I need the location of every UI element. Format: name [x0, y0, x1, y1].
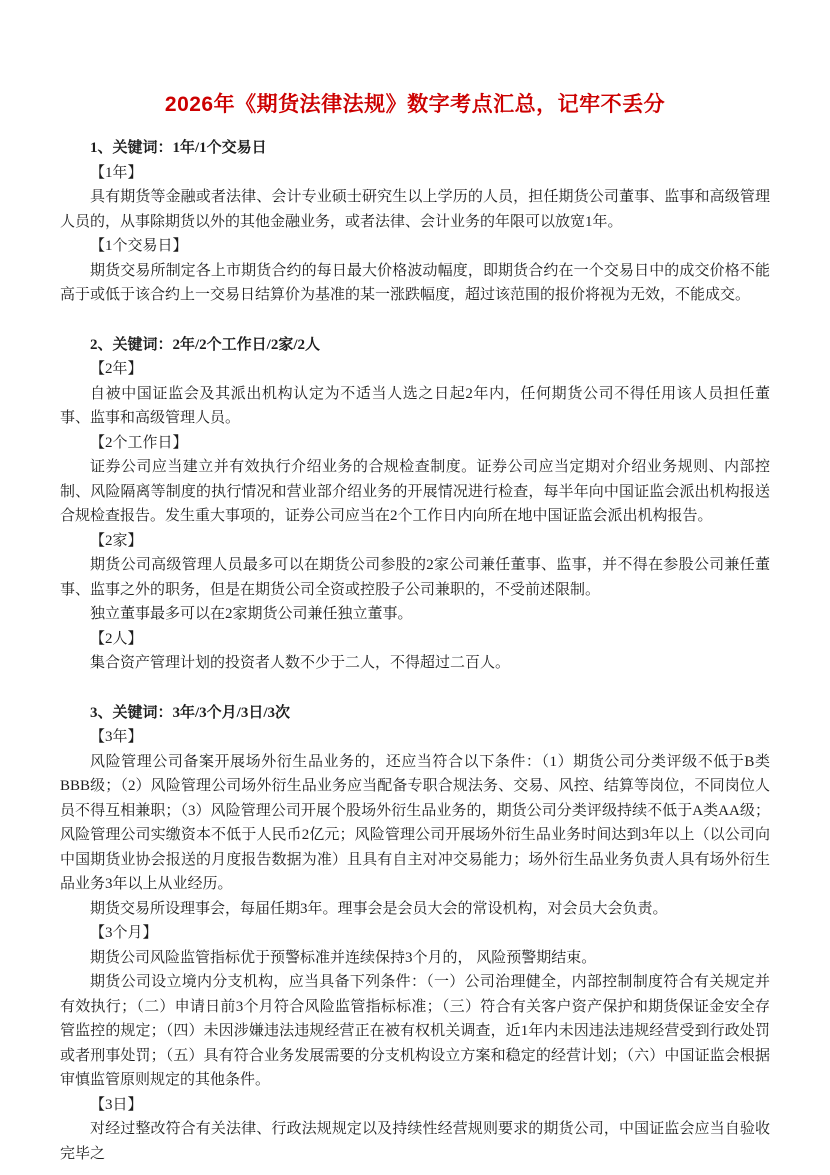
bracket-subheading: 【2家】 [60, 529, 770, 554]
paragraph: 期货交易所制定各上市期货合约的每日最大价格波动幅度，即期货合约在一个交易日中的成… [60, 259, 770, 308]
bracket-subheading: 【1年】 [60, 161, 770, 186]
section-keyword-1: 1、关键词：1年/1个交易日 【1年】 具有期货等金融或者法律、会计专业硕士研究… [60, 136, 770, 308]
paragraph: 自被中国证监会及其派出机构认定为不适当人选之日起2年内，任何期货公司不得任用该人… [60, 382, 770, 431]
document-page: 2026年《期货法律法规》数字考点汇总，记牢不丢分 1、关键词：1年/1个交易日… [0, 0, 830, 1175]
section-heading: 2、关键词：2年/2个工作日/2家/2人 [60, 333, 770, 358]
section-heading: 1、关键词：1年/1个交易日 [60, 136, 770, 161]
section-keyword-2: 2、关键词：2年/2个工作日/2家/2人 【2年】 自被中国证监会及其派出机构认… [60, 333, 770, 676]
bracket-subheading: 【3年】 [60, 725, 770, 750]
document-body: 1、关键词：1年/1个交易日 【1年】 具有期货等金融或者法律、会计专业硕士研究… [60, 136, 770, 1166]
paragraph: 风险管理公司备案开展场外衍生品业务的，还应当符合以下条件：（1）期货公司分类评级… [60, 750, 770, 897]
paragraph: 集合资产管理计划的投资者人数不少于二人，不得超过二百人。 [60, 651, 770, 676]
paragraph: 具有期货等金融或者法律、会计专业硕士研究生以上学历的人员，担任期货公司董事、监事… [60, 185, 770, 234]
bracket-subheading: 【2个工作日】 [60, 431, 770, 456]
paragraph: 期货公司风险监管指标优于预警标准并连续保持3个月的， 风险预警期结束。 [60, 946, 770, 971]
paragraph: 期货公司高级管理人员最多可以在期货公司参股的2家公司兼任董事、监事，并不得在参股… [60, 553, 770, 602]
bracket-subheading: 【3个月】 [60, 921, 770, 946]
section-keyword-3: 3、关键词：3年/3个月/3日/3次 【3年】 风险管理公司备案开展场外衍生品业… [60, 701, 770, 1167]
document-title: 2026年《期货法律法规》数字考点汇总，记牢不丢分 [60, 88, 770, 118]
paragraph: 独立董事最多可以在2家期货公司兼任独立董事。 [60, 602, 770, 627]
paragraph: 期货交易所设理事会，每届任期3年。理事会是会员大会的常设机构，对会员大会负责。 [60, 897, 770, 922]
bracket-subheading: 【2人】 [60, 627, 770, 652]
section-heading: 3、关键词：3年/3个月/3日/3次 [60, 701, 770, 726]
bracket-subheading: 【2年】 [60, 357, 770, 382]
bracket-subheading: 【3日】 [60, 1093, 770, 1118]
paragraph: 期货公司设立境内分支机构，应当具备下列条件：（一）公司治理健全，内部控制制度符合… [60, 970, 770, 1093]
bracket-subheading: 【1个交易日】 [60, 234, 770, 259]
paragraph: 证券公司应当建立并有效执行介绍业务的合规检查制度。证券公司应当定期对介绍业务规则… [60, 455, 770, 529]
paragraph: 对经过整改符合有关法律、行政法规规定以及持续性经营规则要求的期货公司，中国证监会… [60, 1117, 770, 1166]
